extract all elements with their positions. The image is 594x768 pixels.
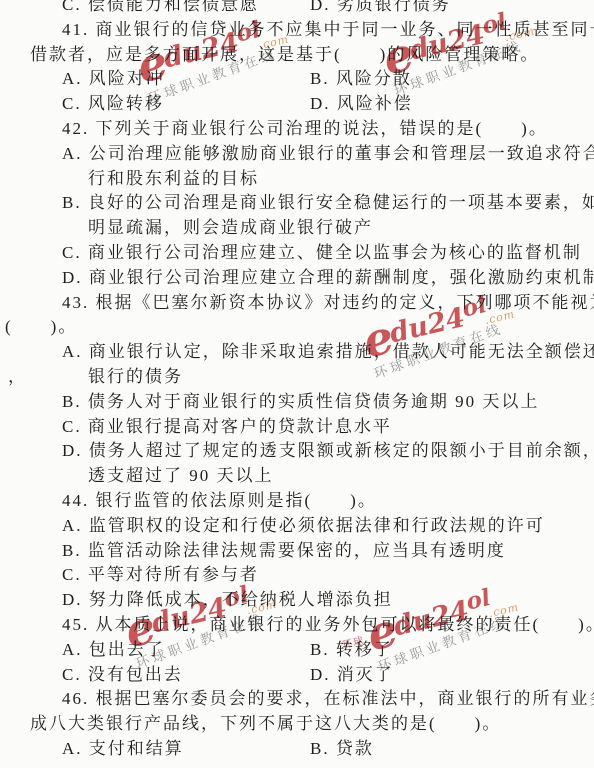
q41-stem-line2: 借款者，应是多方面开展，这是基于( )的风险管理策略。: [30, 43, 578, 68]
q46-option-a: A. 支付和结算: [62, 737, 310, 762]
q44-option-b: B. 监管活动除法律法规需要保密的，应当具有透明度: [30, 539, 578, 564]
q41-option-c: C. 风险转移: [62, 92, 310, 117]
exam-document-page: C. 偿债能力和偿债意愿 D. 劣质银行债务 41. 商业银行的信贷业务不应集中…: [0, 0, 594, 768]
q42-option-d: D. 商业银行公司治理应建立合理的薪酬制度，强化激励约束机制: [30, 266, 578, 291]
q42-option-a-line1: A. 公司治理应能够激励商业银行的董事会和管理层一致追求符合商业银: [30, 142, 578, 167]
q45-options-row1: A. 包出去了 B. 转移了: [30, 638, 578, 663]
q44-option-c: C. 平等对待所有参与者: [30, 563, 578, 588]
q43-stem-line2: ( )。: [5, 315, 578, 340]
q43-option-a-line2: 银行的债务: [30, 365, 578, 390]
q45-options-row2: C. 没有包出去 D. 消灭了: [30, 663, 578, 688]
q40-options-row-cut: C. 偿债能力和偿债意愿 D. 劣质银行债务: [30, 0, 578, 18]
q41-options-row2: C. 风险转移 D. 风险补偿: [30, 92, 578, 117]
q45-stem: 45. 从本质上说，商业银行的业务外包可以将最终的责任( )。: [30, 613, 578, 638]
q45-option-a: A. 包出去了: [62, 638, 310, 663]
q46-stem-line1: 46. 根据巴塞尔委员会的要求，在标准法中，商业银行的所有业务可划分: [30, 687, 578, 712]
q43-stem-line1: 43. 根据《巴塞尔新资本协议》对违约的定义，下列哪项不能视为违约: [30, 291, 578, 316]
q44-option-a: A. 监管职权的设定和行使必须依据法律和行政法规的许可: [30, 514, 578, 539]
q42-option-a-line2: 行和股东利益的目标: [30, 167, 578, 192]
q41-option-b: B. 风险分散: [310, 67, 412, 92]
q43-option-c: C. 商业银行提高对客户的贷款计息水平: [30, 415, 578, 440]
q43-option-d-line2: 透支超过了 90 天以上: [30, 464, 578, 489]
exam-text-content: C. 偿债能力和偿债意愿 D. 劣质银行债务 41. 商业银行的信贷业务不应集中…: [0, 0, 594, 762]
q40-option-c: C. 偿债能力和偿债意愿: [62, 0, 310, 18]
q41-stem-line1: 41. 商业银行的信贷业务不应集中于同一业务、同一性质甚至同一国家的: [30, 18, 578, 43]
q42-option-c: C. 商业银行公司治理应建立、健全以监事会为核心的监督机制: [30, 241, 578, 266]
q46-options-row1: A. 支付和结算 B. 贷款: [30, 737, 578, 762]
q41-options-row1: A. 风险对冲 B. 风险分散: [30, 67, 578, 92]
q43-option-d-line1: D. 债务人超过了规定的透支限额或新核定的限额小于目前余额，且这些: [30, 439, 578, 464]
q43-option-a-line1: A. 商业银行认定，除非采取追索措施，借款人可能无法全额偿还对商业: [30, 340, 578, 365]
q46-stem-line2: 成八大类银行产品线，下列不属于这八大类的是( )。: [30, 712, 578, 737]
q42-option-b-line2: 明显疏漏，则会造成商业银行破产: [30, 216, 578, 241]
q40-option-d: D. 劣质银行债务: [310, 0, 451, 18]
q41-option-a: A. 风险对冲: [62, 67, 310, 92]
q42-stem: 42. 下列关于商业银行公司治理的说法，错误的是( )。: [30, 117, 578, 142]
q45-option-b: B. 转移了: [310, 638, 393, 663]
q45-option-d: D. 消灭了: [310, 663, 394, 688]
q45-option-c: C. 没有包出去: [62, 663, 310, 688]
q43-option-b: B. 债务人对于商业银行的实质性信贷债务逾期 90 天以上: [30, 390, 578, 415]
margin-stray-comma: ，: [8, 362, 25, 387]
q42-option-b-line1: B. 良好的公司治理是商业银行安全稳健运行的一项基本要素，如果存在: [30, 191, 578, 216]
q44-option-d: D. 努力降低成本，不给纳税人增添负担: [30, 588, 578, 613]
q46-option-b: B. 贷款: [310, 737, 374, 762]
q41-option-d: D. 风险补偿: [310, 92, 413, 117]
q44-stem: 44. 银行监管的依法原则是指( )。: [30, 489, 578, 514]
